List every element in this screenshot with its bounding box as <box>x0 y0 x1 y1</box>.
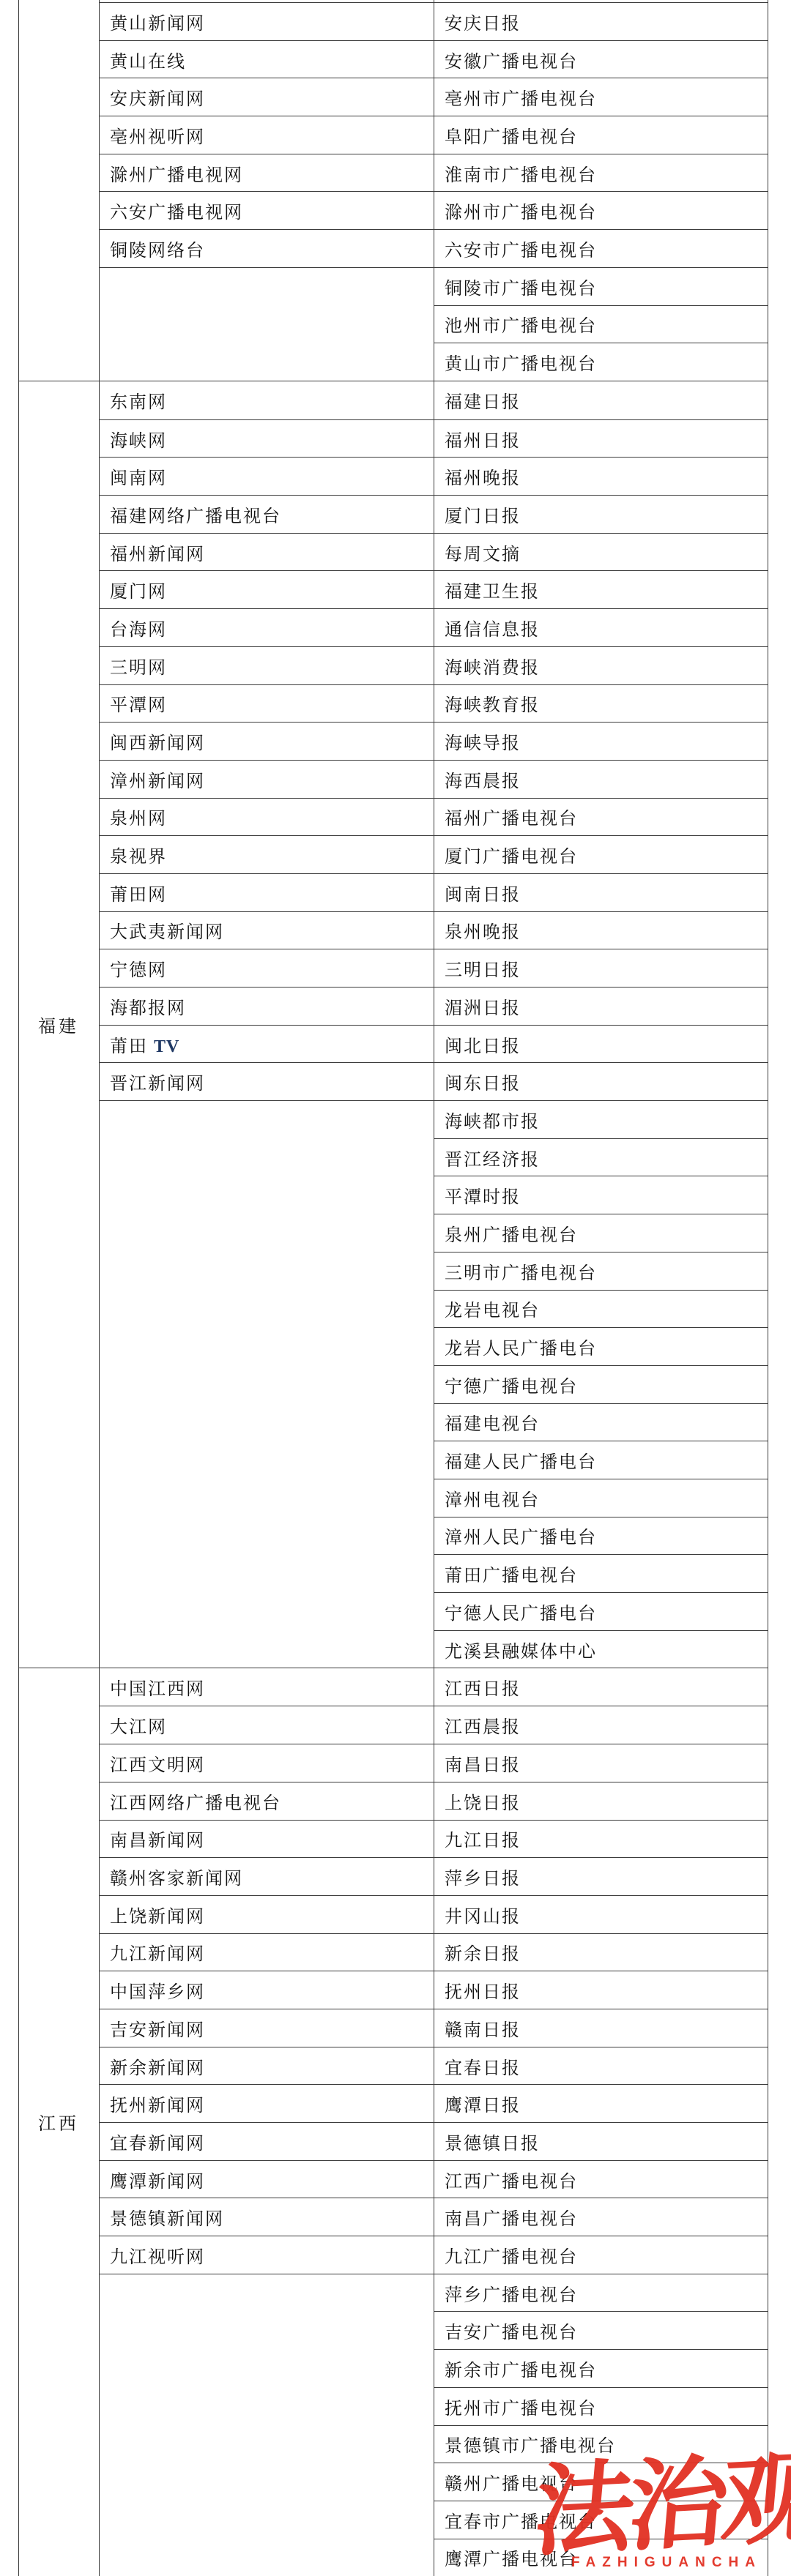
cell-text: 晋江经济报 <box>445 1145 540 1171</box>
media-cell: 宜春日报 <box>434 2047 768 2085</box>
website-cell: 三明网 <box>99 646 434 684</box>
empty-cell <box>99 2274 434 2576</box>
media-column: 江西日报江西晨报南昌日报上饶日报九江日报萍乡日报井冈山报新余日报抚州日报赣南日报… <box>434 1668 768 2576</box>
media-cell: 赣南日报 <box>434 2009 768 2047</box>
media-cell: 福建卫生报 <box>434 570 768 608</box>
cell-text: 福建人民广播电台 <box>445 1447 597 1473</box>
cell-text: 闽西新闻网 <box>110 728 205 754</box>
media-cell: 闽东日报 <box>434 1062 768 1100</box>
website-cell: 吉安新闻网 <box>99 2009 434 2047</box>
website-cell: 莆田网 <box>99 873 434 911</box>
media-cell: 宁德人民广播电台 <box>434 1592 768 1630</box>
cell-text: 闽南网 <box>110 463 167 489</box>
cell-text: 安庆新闻网 <box>110 84 205 110</box>
cell-text: 江西文明网 <box>110 1750 205 1776</box>
empty-cell <box>99 267 434 381</box>
media-cell: 九江广播电视台 <box>434 2236 768 2274</box>
media-cell: 抚州市广播电视台 <box>434 2387 768 2425</box>
cell-text: 黄山新闻网 <box>110 9 205 34</box>
website-cell: 江西网络广播电视台 <box>99 1782 434 1820</box>
website-cell: 九江视听网 <box>99 2236 434 2274</box>
cell-text: 龙岩电视台 <box>445 1296 540 1321</box>
province-cell <box>18 2 99 381</box>
cell-text: 尤溪县融媒体中心 <box>445 1637 597 1662</box>
cell-text: 铜陵网络台 <box>110 236 205 261</box>
cell-text: 鹰潭新闻网 <box>110 2167 205 2192</box>
cell-text: 鹰潭广播电视台 <box>445 2545 578 2570</box>
media-cell: 井冈山报 <box>434 1895 768 1933</box>
cell-text: 井冈山报 <box>445 1902 521 1927</box>
website-cell: 泉视界 <box>99 835 434 873</box>
cell-text: 萍乡日报 <box>445 1864 521 1889</box>
media-cell: 萍乡广播电视台 <box>434 2274 768 2312</box>
media-cell: 六安市广播电视台 <box>434 229 768 267</box>
cell-text: 铜陵市广播电视台 <box>445 274 597 299</box>
websites-column: 东南网海峡网闽南网福建网络广播电视台福州新闻网厦门网台海网三明网平潭网闽西新闻网… <box>99 381 434 1668</box>
cell-text: 新余新闻网 <box>110 2053 205 2079</box>
cell-text: 江西日报 <box>445 1674 521 1700</box>
website-cell: 泉州网 <box>99 798 434 836</box>
cell-text: 厦门网 <box>110 577 167 602</box>
cell-text: 黄山市广播电视台 <box>445 349 597 375</box>
province-cell: 福建 <box>18 381 99 1668</box>
cell-text: 闽北日报 <box>445 1031 521 1057</box>
media-cell: 上饶日报 <box>434 1782 768 1820</box>
cell-text: 福建网络广播电视台 <box>110 501 281 527</box>
website-cell: 江西文明网 <box>99 1744 434 1782</box>
media-cell: 三明市广播电视台 <box>434 1252 768 1290</box>
cell-text: 六安市广播电视台 <box>445 236 597 261</box>
document-page: 黄山新闻网黄山在线安庆新闻网亳州视听网滁州广播电视网六安广播电视网铜陵网络台安庆… <box>0 0 791 2576</box>
cell-text: 赣州广播电视台 <box>445 2469 578 2495</box>
media-column: 安庆日报安徽广播电视台亳州市广播电视台阜阳广播电视台淮南市广播电视台滁州市广播电… <box>434 2 768 381</box>
website-cell: 中国萍乡网 <box>99 1971 434 2009</box>
province-section: 黄山新闻网黄山在线安庆新闻网亳州视听网滁州广播电视网六安广播电视网铜陵网络台安庆… <box>18 2 768 381</box>
cell-text: 莆田网 <box>110 880 167 906</box>
media-cell: 阜阳广播电视台 <box>434 116 768 154</box>
cell-text: 海峡导报 <box>445 728 521 754</box>
cell-text: 黄山在线 <box>110 47 186 72</box>
cell-text: 南昌广播电视台 <box>445 2204 578 2230</box>
media-cell: 闽南日报 <box>434 873 768 911</box>
website-cell: 福州新闻网 <box>99 533 434 571</box>
cell-text: 上饶日报 <box>445 1788 521 1814</box>
website-cell: 东南网 <box>99 381 434 419</box>
website-cell: 南昌新闻网 <box>99 1820 434 1858</box>
media-cell: 福州日报 <box>434 419 768 458</box>
media-cell: 泉州晚报 <box>434 911 768 949</box>
media-cell: 新余市广播电视台 <box>434 2349 768 2387</box>
latin-accent-text: TV <box>154 1037 179 1056</box>
cell-text: 九江视听网 <box>110 2242 205 2268</box>
website-cell: 厦门网 <box>99 570 434 608</box>
website-cell: 闽西新闻网 <box>99 722 434 760</box>
cell-text: 新余日报 <box>445 1939 521 1965</box>
media-cell: 南昌日报 <box>434 1744 768 1782</box>
media-cell: 亳州市广播电视台 <box>434 78 768 116</box>
website-cell: 赣州客家新闻网 <box>99 1857 434 1895</box>
website-cell: 漳州新闻网 <box>99 760 434 798</box>
cell-text: 宜春市广播电视台 <box>445 2507 597 2533</box>
media-cell: 景德镇市广播电视台 <box>434 2425 768 2463</box>
cell-text: 东南网 <box>110 387 167 413</box>
cell-text: 湄洲日报 <box>445 993 521 1019</box>
media-cell: 滁州市广播电视台 <box>434 191 768 229</box>
media-cell: 莆田广播电视台 <box>434 1554 768 1592</box>
cell-text: 莆田 TV <box>110 1031 179 1057</box>
media-cell: 鹰潭日报 <box>434 2084 768 2122</box>
website-cell: 海都报网 <box>99 987 434 1025</box>
website-cell: 安庆新闻网 <box>99 78 434 116</box>
websites-column: 中国江西网大江网江西文明网江西网络广播电视台南昌新闻网赣州客家新闻网上饶新闻网九… <box>99 1668 434 2576</box>
media-cell: 福建人民广播电台 <box>434 1441 768 1479</box>
media-cell: 福州广播电视台 <box>434 798 768 836</box>
cell-text: 景德镇日报 <box>445 2129 540 2154</box>
cell-text: 江西广播电视台 <box>445 2167 578 2192</box>
media-cell: 江西晨报 <box>434 1706 768 1744</box>
cell-text: 三明市广播电视台 <box>445 1258 597 1284</box>
cell-text: 晋江新闻网 <box>110 1069 205 1094</box>
cell-text: 宜春日报 <box>445 2053 521 2079</box>
media-cell: 龙岩人民广播电台 <box>434 1327 768 1365</box>
cell-text: 泉州晚报 <box>445 917 521 943</box>
website-cell: 海峡网 <box>99 419 434 458</box>
cell-text: 鹰潭日报 <box>445 2091 521 2116</box>
cell-text: 吉安广播电视台 <box>445 2318 578 2343</box>
cell-text: 平潭网 <box>110 690 167 716</box>
cell-text: 中国江西网 <box>110 1674 205 1700</box>
website-cell: 宜春新闻网 <box>99 2122 434 2160</box>
cell-text: 厦门日报 <box>445 501 521 527</box>
cell-text: 漳州电视台 <box>445 1485 540 1511</box>
media-column: 福建日报福州日报福州晚报厦门日报每周文摘福建卫生报通信信息报海峡消费报海峡教育报… <box>434 381 768 1668</box>
media-cell: 江西日报 <box>434 1668 768 1706</box>
cell-text: 萍乡广播电视台 <box>445 2280 578 2306</box>
website-cell: 景德镇新闻网 <box>99 2198 434 2236</box>
cell-text: 宁德网 <box>110 955 167 981</box>
media-cell: 福建日报 <box>434 381 768 419</box>
media-cell: 泉州广播电视台 <box>434 1214 768 1252</box>
cell-text: 漳州新闻网 <box>110 766 205 792</box>
province-section: 江西中国江西网大江网江西文明网江西网络广播电视台南昌新闻网赣州客家新闻网上饶新闻… <box>18 1668 768 2576</box>
website-cell: 抚州新闻网 <box>99 2084 434 2122</box>
cell-text: 福建卫生报 <box>445 577 540 602</box>
media-cell: 安徽广播电视台 <box>434 40 768 78</box>
cell-text: 大江网 <box>110 1712 167 1738</box>
media-cell: 九江日报 <box>434 1820 768 1858</box>
cell-text: 福州广播电视台 <box>445 804 578 829</box>
website-cell: 九江新闻网 <box>99 1933 434 1971</box>
cell-text: 淮南市广播电视台 <box>445 160 597 186</box>
media-cell: 晋江经济报 <box>434 1138 768 1176</box>
website-cell: 上饶新闻网 <box>99 1895 434 1933</box>
media-cell: 龙岩电视台 <box>434 1290 768 1328</box>
media-cell: 黄山市广播电视台 <box>434 343 768 381</box>
media-cell: 闽北日报 <box>434 1025 768 1063</box>
cell-text: 海峡消费报 <box>445 653 540 679</box>
cell-text: 平潭时报 <box>445 1182 521 1208</box>
cell-text: 赣州客家新闻网 <box>110 1864 243 1889</box>
media-cell: 新余日报 <box>434 1933 768 1971</box>
province-section: 福建东南网海峡网闽南网福建网络广播电视台福州新闻网厦门网台海网三明网平潭网闽西新… <box>18 381 768 1668</box>
media-cell: 海峡都市报 <box>434 1100 768 1138</box>
province-label: 江西 <box>38 2109 79 2135</box>
province-cell: 江西 <box>18 1668 99 2576</box>
media-cell: 尤溪县融媒体中心 <box>434 1630 768 1668</box>
cell-text: 景德镇市广播电视台 <box>445 2431 616 2457</box>
cell-text: 安徽广播电视台 <box>445 47 578 72</box>
media-cell: 每周文摘 <box>434 533 768 571</box>
cell-text: 吉安新闻网 <box>110 2015 205 2041</box>
cell-text: 江西晨报 <box>445 1712 521 1738</box>
cell-text: 亳州视听网 <box>110 122 205 148</box>
cell-text: 大武夷新闻网 <box>110 917 224 943</box>
cell-text: 抚州日报 <box>445 1977 521 2003</box>
cell-text: 泉视界 <box>110 842 167 867</box>
website-cell: 新余新闻网 <box>99 2047 434 2085</box>
cell-text: 漳州人民广播电台 <box>445 1523 597 1548</box>
website-cell: 铜陵网络台 <box>99 229 434 267</box>
media-cell: 宁德广播电视台 <box>434 1365 768 1403</box>
website-cell: 黄山新闻网 <box>99 2 434 40</box>
cell-text: 福州新闻网 <box>110 540 205 565</box>
media-cell: 湄洲日报 <box>434 987 768 1025</box>
media-cell: 江西广播电视台 <box>434 2160 768 2198</box>
media-cell: 鹰潭广播电视台 <box>434 2539 768 2576</box>
website-cell: 滁州广播电视网 <box>99 154 434 192</box>
empty-cell <box>99 1100 434 1668</box>
media-cell: 池州市广播电视台 <box>434 305 768 343</box>
media-cell: 三明日报 <box>434 949 768 987</box>
cell-text: 九江新闻网 <box>110 1939 205 1965</box>
cell-text: 南昌日报 <box>445 1750 521 1776</box>
cell-text: 宁德人民广播电台 <box>445 1599 597 1624</box>
media-cell: 铜陵市广播电视台 <box>434 267 768 305</box>
province-label: 福建 <box>38 1012 79 1037</box>
website-cell: 晋江新闻网 <box>99 1062 434 1100</box>
website-cell: 黄山在线 <box>99 40 434 78</box>
website-cell: 莆田 TV <box>99 1025 434 1063</box>
website-cell: 亳州视听网 <box>99 116 434 154</box>
website-cell: 宁德网 <box>99 949 434 987</box>
media-cell: 宜春市广播电视台 <box>434 2501 768 2539</box>
cell-text: 宜春新闻网 <box>110 2129 205 2154</box>
cell-text: 九江广播电视台 <box>445 2242 578 2268</box>
website-cell: 大武夷新闻网 <box>99 911 434 949</box>
cell-text: 莆田广播电视台 <box>445 1561 578 1586</box>
cell-text: 六安广播电视网 <box>110 198 243 223</box>
website-cell: 平潭网 <box>99 684 434 723</box>
media-cell: 海峡消费报 <box>434 646 768 684</box>
cell-text: 每周文摘 <box>445 540 521 565</box>
media-cell: 漳州电视台 <box>434 1479 768 1517</box>
cell-text: 海都报网 <box>110 993 186 1019</box>
cell-text: 中国萍乡网 <box>110 1977 205 2003</box>
cell-text: 海峡教育报 <box>445 690 540 716</box>
cell-text: 海峡网 <box>110 426 167 452</box>
cell-text: 滁州广播电视网 <box>110 160 243 186</box>
media-list-table: 黄山新闻网黄山在线安庆新闻网亳州视听网滁州广播电视网六安广播电视网铜陵网络台安庆… <box>18 0 768 2576</box>
cell-text: 海西晨报 <box>445 766 521 792</box>
cell-text: 滁州市广播电视台 <box>445 198 597 223</box>
cell-text: 抚州市广播电视台 <box>445 2394 597 2419</box>
cell-text: 九江日报 <box>445 1826 521 1851</box>
cell-text: 赣南日报 <box>445 2015 521 2041</box>
media-cell: 福建电视台 <box>434 1403 768 1441</box>
cell-text: 三明网 <box>110 653 167 679</box>
cell-text: 安庆日报 <box>445 9 521 34</box>
media-cell: 厦门日报 <box>434 495 768 533</box>
cell-text: 泉州广播电视台 <box>445 1220 578 1246</box>
cell-text: 景德镇新闻网 <box>110 2204 224 2230</box>
cell-text: 福建日报 <box>445 387 521 413</box>
cell-text: 三明日报 <box>445 955 521 981</box>
cell-text: 池州市广播电视台 <box>445 311 597 337</box>
websites-column: 黄山新闻网黄山在线安庆新闻网亳州视听网滁州广播电视网六安广播电视网铜陵网络台 <box>99 2 434 381</box>
media-cell: 景德镇日报 <box>434 2122 768 2160</box>
cell-text: 闽东日报 <box>445 1069 521 1094</box>
media-cell: 安庆日报 <box>434 2 768 40</box>
cell-text: 南昌新闻网 <box>110 1826 205 1851</box>
cell-text: 厦门广播电视台 <box>445 842 578 867</box>
cell-text: 泉州网 <box>110 804 167 829</box>
website-cell: 福建网络广播电视台 <box>99 495 434 533</box>
cell-text: 新余市广播电视台 <box>445 2356 597 2381</box>
media-cell: 海峡教育报 <box>434 684 768 723</box>
media-cell: 漳州人民广播电台 <box>434 1517 768 1555</box>
media-cell: 淮南市广播电视台 <box>434 154 768 192</box>
cell-text: 福建电视台 <box>445 1409 540 1435</box>
website-cell: 闽南网 <box>99 457 434 495</box>
cell-text: 江西网络广播电视台 <box>110 1788 281 1814</box>
table-sections: 黄山新闻网黄山在线安庆新闻网亳州视听网滁州广播电视网六安广播电视网铜陵网络台安庆… <box>18 2 768 2576</box>
media-cell: 萍乡日报 <box>434 1857 768 1895</box>
media-cell: 赣州广播电视台 <box>434 2463 768 2501</box>
media-cell: 海西晨报 <box>434 760 768 798</box>
cell-text: 通信信息报 <box>445 615 540 641</box>
media-cell: 平潭时报 <box>434 1176 768 1214</box>
cell-text: 龙岩人民广播电台 <box>445 1334 597 1359</box>
website-cell: 六安广播电视网 <box>99 191 434 229</box>
media-cell: 海峡导报 <box>434 722 768 760</box>
media-cell: 抚州日报 <box>434 1971 768 2009</box>
media-cell: 通信信息报 <box>434 608 768 646</box>
media-cell: 南昌广播电视台 <box>434 2198 768 2236</box>
cell-text: 海峡都市报 <box>445 1107 540 1132</box>
cell-text: 亳州市广播电视台 <box>445 84 597 110</box>
cell-text: 台海网 <box>110 615 167 641</box>
cell-text: 上饶新闻网 <box>110 1902 205 1927</box>
media-cell: 厦门广播电视台 <box>434 835 768 873</box>
website-cell: 鹰潭新闻网 <box>99 2160 434 2198</box>
cell-text: 宁德广播电视台 <box>445 1372 578 1397</box>
website-cell: 大江网 <box>99 1706 434 1744</box>
cell-text: 抚州新闻网 <box>110 2091 205 2116</box>
website-cell: 中国江西网 <box>99 1668 434 1706</box>
website-cell: 台海网 <box>99 608 434 646</box>
cell-text: 阜阳广播电视台 <box>445 122 578 148</box>
media-cell: 福州晚报 <box>434 457 768 495</box>
cell-text: 闽南日报 <box>445 880 521 906</box>
cell-text: 福州日报 <box>445 426 521 452</box>
media-cell: 吉安广播电视台 <box>434 2311 768 2349</box>
cell-text: 福州晚报 <box>445 463 521 489</box>
